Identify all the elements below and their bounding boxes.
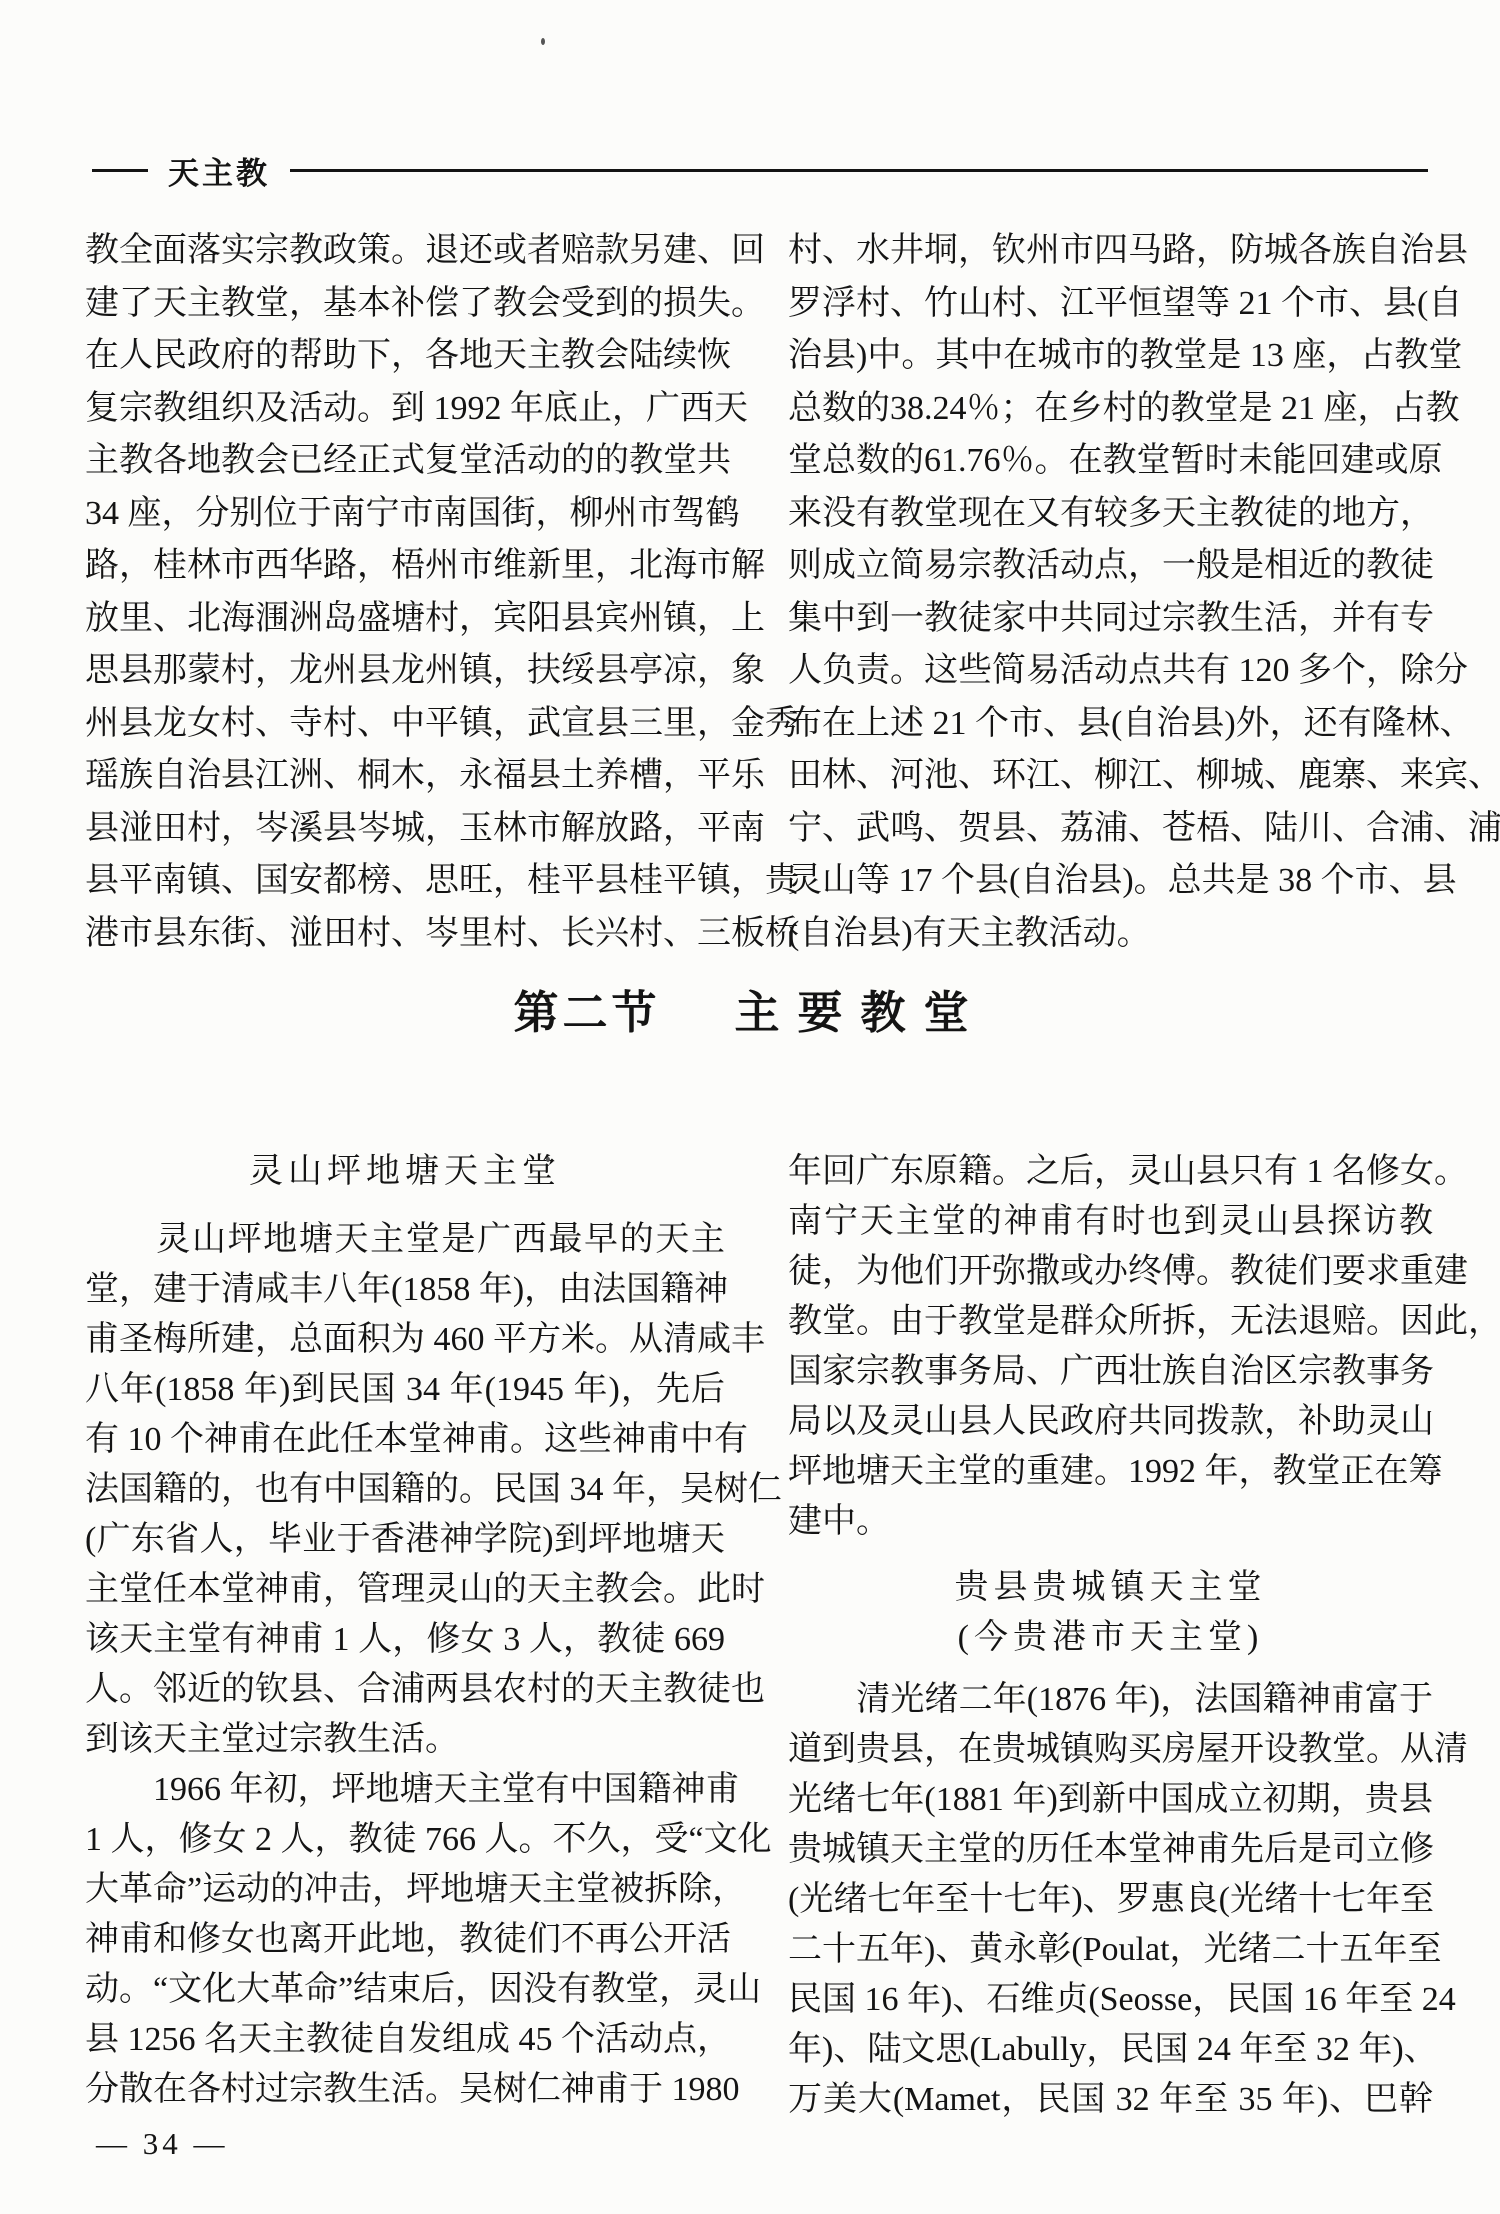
text-line: 法国籍的，也有中国籍的。民国 34 年，吴树仁: [85, 1465, 725, 1515]
text-line: 放里、北海涠洲岛盛塘村，宾阳县宾州镇，上: [85, 593, 725, 646]
text-line: 村、水井垌，钦州市四马路，防城各族自治县: [788, 225, 1433, 278]
text-line: 县湴田村，岑溪县岑城，玉林市解放路，平南: [85, 803, 725, 856]
lingshan-continuation: 年回广东原籍。之后，灵山县只有 1 名修女。南宁天主堂的神甫有时也到灵山县探访教…: [788, 1147, 1433, 1547]
running-header: 天主教: [92, 150, 1428, 190]
text-line: 年回广东原籍。之后，灵山县只有 1 名修女。: [788, 1147, 1433, 1197]
text-line: 灵山坪地塘天主堂是广西最早的天主: [85, 1215, 725, 1265]
text-line: 治县)中。其中在城市的教堂是 13 座，占教堂: [788, 330, 1433, 383]
guixian-paragraph: 清光绪二年(1876 年)，法国籍神甫富于道到贵县，在贵城镇购买房屋开设教堂。从…: [788, 1675, 1433, 2125]
text-line: 县 1256 名天主教徒自发组成 45 个活动点，: [85, 2015, 725, 2065]
text-line: 灵山等 17 个县(自治县)。总共是 38 个市、县: [788, 855, 1433, 908]
text-line: 布在上述 21 个市、县(自治县)外，还有隆林、: [788, 698, 1433, 751]
section-number: 第二节: [513, 987, 660, 1038]
text-line: 则成立简易宗教活动点，一般是相近的教徒: [788, 540, 1433, 593]
text-line: 堂总数的61.76％。在教堂暂时未能回建或原: [788, 435, 1433, 488]
text-line: 集中到一教徒家中共同过宗教生活，并有专: [788, 593, 1433, 646]
scanned-book-page: { "header": { "title": "天主教" }, "section…: [0, 0, 1500, 2214]
subsection-heading-lingshan: 灵山坪地塘天主堂: [85, 1147, 725, 1197]
text-line: 堂，建于清咸丰八年(1858 年)，由法国籍神: [85, 1265, 725, 1315]
text-line: 教全面落实宗教政策。退还或者赔款另建、回: [85, 225, 725, 278]
text-line: 神甫和修女也离开此地，教徒们不再公开活: [85, 1915, 725, 1965]
header-rule: [290, 169, 1428, 172]
text-line: 建中。: [788, 1497, 1433, 1547]
text-line: 大革命”运动的冲击，坪地塘天主堂被拆除，: [85, 1865, 725, 1915]
text-line: 年)、陆文思(Labully，民国 24 年至 32 年)、: [788, 2025, 1433, 2075]
text-line: 田林、河池、环江、柳江、柳城、鹿寨、来宾、邕: [788, 750, 1433, 803]
scan-speck: [541, 38, 545, 45]
text-line: 主教各地教会已经正式复堂活动的的教堂共: [85, 435, 725, 488]
text-line: 港市县东街、湴田村、岑里村、长兴村、三板桥: [85, 908, 725, 961]
text-line: (自治县)有天主教活动。: [788, 908, 1433, 961]
column-left-bottom: 灵山坪地塘天主堂 灵山坪地塘天主堂是广西最早的天主堂，建于清咸丰八年(1858 …: [85, 1147, 725, 2115]
text-line: 局以及灵山县人民政府共同拨款，补助灵山: [788, 1397, 1433, 1447]
scan-speck: [546, 1157, 550, 1162]
text-line: 建了天主教堂，基本补偿了教会受到的损失。: [85, 278, 725, 331]
text-line: 分散在各村过宗教生活。吴树仁神甫于 1980: [85, 2065, 725, 2115]
text-line: 到该天主堂过宗教生活。: [85, 1715, 725, 1765]
text-line: 人。邻近的钦县、合浦两县农村的天主教徒也: [85, 1665, 725, 1715]
text-line: 该天主堂有神甫 1 人，修女 3 人，教徒 669: [85, 1615, 725, 1665]
text-line: 人负责。这些简易活动点共有 120 多个，除分: [788, 645, 1433, 698]
text-line: 国家宗教事务局、广西壮族自治区宗教事务: [788, 1347, 1433, 1397]
text-line: 1966 年初，坪地塘天主堂有中国籍神甫: [85, 1765, 725, 1815]
text-line: 甫圣梅所建，总面积为 460 平方米。从清咸丰: [85, 1315, 725, 1365]
text-line: 光绪七年(1881 年)到新中国成立初期，贵县: [788, 1775, 1433, 1825]
text-line: 来没有教堂现在又有较多天主教徒的地方，: [788, 488, 1433, 541]
text-line: 民国 16 年)、石维贞(Seosse，民国 16 年至 24: [788, 1975, 1433, 2025]
text-line: 二十五年)、黄永彰(Poulat，光绪二十五年至: [788, 1925, 1433, 1975]
text-line: 徒，为他们开弥撒或办终傅。教徒们要求重建: [788, 1247, 1433, 1297]
column-left-top: 教全面落实宗教政策。退还或者赔款另建、回建了天主教堂，基本补偿了教会受到的损失。…: [85, 225, 725, 960]
text-line: 道到贵县，在贵城镇购买房屋开设教堂。从清: [788, 1725, 1433, 1775]
text-line: 路，桂林市西华路，梧州市维新里，北海市解: [85, 540, 725, 593]
text-line: 在人民政府的帮助下，各地天主教会陆续恢: [85, 330, 725, 383]
text-line: 八年(1858 年)到民国 34 年(1945 年)，先后: [85, 1365, 725, 1415]
text-line: 动。“文化大革命”结束后，因没有教堂，灵山: [85, 1965, 725, 2015]
text-line: 州县龙女村、寺村、中平镇，武宣县三里，金秀: [85, 698, 725, 751]
text-line: (广东省人，毕业于香港神学院)到坪地塘天: [85, 1515, 725, 1565]
section-title: 主要教堂: [735, 987, 987, 1038]
header-title: 天主教: [168, 148, 270, 193]
text-line: 思县那蒙村，龙州县龙州镇，扶绥县亭凉，象: [85, 645, 725, 698]
text-line: 总数的38.24％；在乡村的教堂是 21 座，占教: [788, 383, 1433, 436]
text-line: 瑶族自治县江洲、桐木，永福县土养槽，平乐: [85, 750, 725, 803]
text-line: 34 座，分别位于南宁市南国街，柳州市驾鹤: [85, 488, 725, 541]
text-line: 主堂任本堂神甫，管理灵山的天主教会。此时: [85, 1565, 725, 1615]
text-line: 坪地塘天主堂的重建。1992 年，教堂正在筹: [788, 1447, 1433, 1497]
text-line: 清光绪二年(1876 年)，法国籍神甫富于: [788, 1675, 1433, 1725]
subsection-heading-guixian-alt: (今贵港市天主堂): [788, 1613, 1433, 1663]
text-line: 有 10 个神甫在此任本堂神甫。这些神甫中有: [85, 1415, 725, 1465]
column-right-bottom: 年回广东原籍。之后，灵山县只有 1 名修女。南宁天主堂的神甫有时也到灵山县探访教…: [788, 1147, 1433, 2125]
lingshan-paragraphs: 灵山坪地塘天主堂是广西最早的天主堂，建于清咸丰八年(1858 年)，由法国籍神甫…: [85, 1215, 725, 2115]
text-line: 罗浮村、竹山村、江平恒望等 21 个市、县(自: [788, 278, 1433, 331]
column-right-top: 村、水井垌，钦州市四马路，防城各族自治县罗浮村、竹山村、江平恒望等 21 个市、…: [788, 225, 1433, 960]
text-line: 1 人，修女 2 人，教徒 766 人。不久，受“文化: [85, 1815, 725, 1865]
text-line: 县平南镇、国安都榜、思旺，桂平县桂平镇，贵: [85, 855, 725, 908]
text-line: 贵城镇天主堂的历任本堂神甫先后是司立修: [788, 1825, 1433, 1875]
text-line: (光绪七年至十七年)、罗惠良(光绪十七年至: [788, 1875, 1433, 1925]
header-left-dash: [92, 169, 148, 172]
text-line: 复宗教组织及活动。到 1992 年底止，广西天: [85, 383, 725, 436]
section-heading: 第二节主要教堂: [0, 983, 1500, 1043]
text-line: 万美大(Mamet，民国 32 年至 35 年)、巴幹: [788, 2075, 1433, 2125]
text-line: 宁、武鸣、贺县、荔浦、苍梧、陆川、合浦、浦北、: [788, 803, 1433, 856]
footer-page-number: — 34 —: [96, 2126, 229, 2162]
text-line: 教堂。由于教堂是群众所拆，无法退赔。因此，: [788, 1297, 1433, 1347]
subsection-heading-guixian: 贵县贵城镇天主堂: [788, 1563, 1433, 1613]
text-line: 南宁天主堂的神甫有时也到灵山县探访教: [788, 1197, 1433, 1247]
